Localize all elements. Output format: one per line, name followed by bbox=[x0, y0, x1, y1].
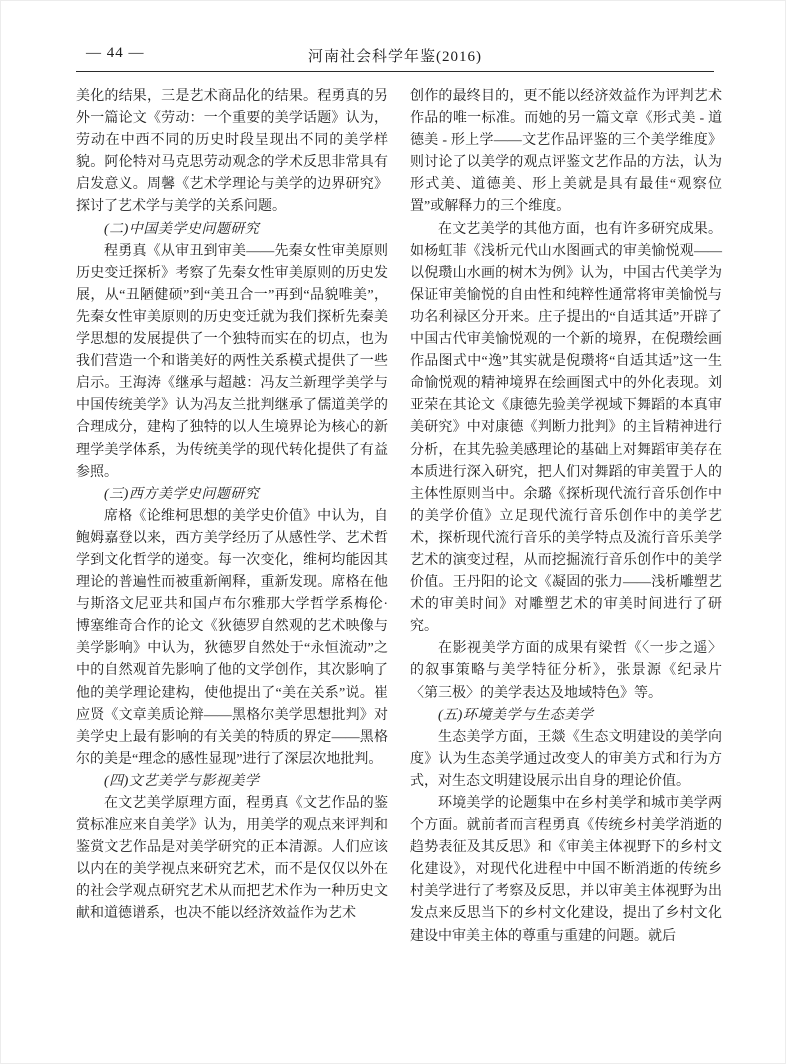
journal-title: 河南社会科学年鉴(2016) bbox=[76, 45, 714, 66]
paragraph-continued: 美化的结果，三是艺术商品化的结果。程勇真的另外一篇论文《劳动：一个重要的美学话题… bbox=[76, 86, 388, 219]
paragraph: 环境美学的论题集中在乡村美学和城市美学两个方面。就前者而言程勇真《传统乡村美学消… bbox=[410, 793, 722, 948]
section-heading-2: (二)中国美学史问题研究 bbox=[76, 219, 388, 241]
document-page: — 44 — 河南社会科学年鉴(2016) 美化的结果，三是艺术商品化的结果。程… bbox=[0, 0, 786, 1064]
paragraph-continued: 创作的最终目的，更不能以经济效益作为评判艺术作品的唯一标准。而她的另一篇文章《形… bbox=[410, 86, 722, 219]
paragraph: 程勇真《从审丑到审美——先秦女性审美原则历史变迁探析》考察了先秦女性审美原则的历… bbox=[76, 241, 388, 484]
paragraph: 在文艺美学的其他方面，也有许多研究成果。如杨虹菲《浅析元代山水图画式的审美愉悦观… bbox=[410, 219, 722, 639]
paragraph: 在文艺美学原理方面，程勇真《文艺作品的鉴赏标准应来自美学》认为，用美学的观点来评… bbox=[76, 793, 388, 926]
paragraph: 生态美学方面，王燚《生态文明建设的美学向度》认为生态美学通过改变人的审美方式和行… bbox=[410, 727, 722, 793]
section-heading-4: (四)文艺美学与影视美学 bbox=[76, 771, 388, 793]
paragraph: 席格《论维柯思想的美学史价值》中认为，自鲍姆嘉登以来，西方美学经历了从感性学、艺… bbox=[76, 506, 388, 771]
text-columns: 美化的结果，三是艺术商品化的结果。程勇真的另外一篇论文《劳动：一个重要的美学话题… bbox=[76, 86, 722, 948]
header-rule bbox=[76, 71, 714, 72]
paragraph: 在影视美学方面的成果有梁哲《〈一步之遥〉的叙事策略与美学特征分析》，张景源《纪录… bbox=[410, 638, 722, 704]
section-heading-3: (三)西方美学史问题研究 bbox=[76, 484, 388, 506]
page-header: — 44 — 河南社会科学年鉴(2016) bbox=[76, 45, 714, 69]
section-heading-5: (五)环境美学与生态美学 bbox=[410, 705, 722, 727]
column-right: 创作的最终目的，更不能以经济效益作为评判艺术作品的唯一标准。而她的另一篇文章《形… bbox=[410, 86, 722, 948]
column-left: 美化的结果，三是艺术商品化的结果。程勇真的另外一篇论文《劳动：一个重要的美学话题… bbox=[76, 86, 388, 948]
